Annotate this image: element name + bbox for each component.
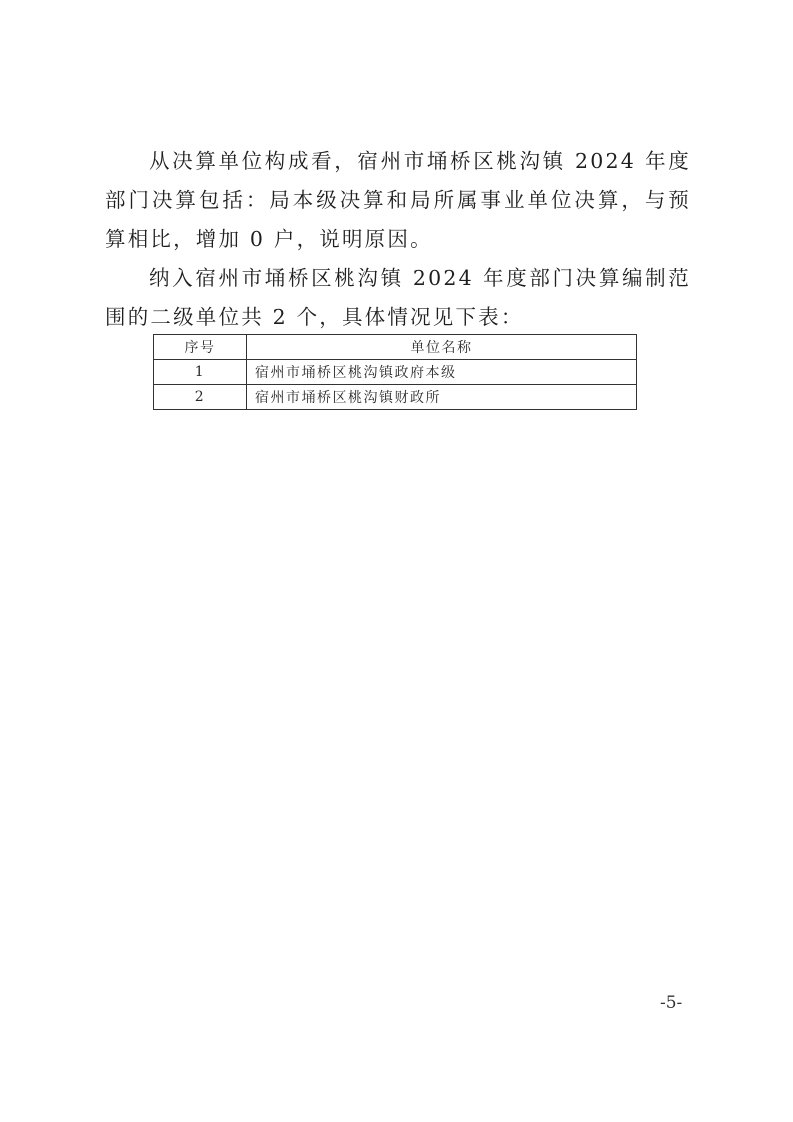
document-page: 从决算单位构成看，宿州市埇桥区桃沟镇 2024 年度部门决算包括：局本级决算和局… — [0, 0, 793, 1122]
paragraph-secondary-units: 纳入宿州市埇桥区桃沟镇 2024 年度部门决算编制范围的二级单位共 2 个，具体… — [105, 259, 691, 337]
row-unit-name: 宿州市埇桥区桃沟镇政府本级 — [247, 360, 637, 385]
header-index: 序号 — [154, 335, 247, 360]
header-unit-name: 单位名称 — [247, 335, 637, 360]
row-unit-name: 宿州市埇桥区桃沟镇财政所 — [247, 385, 637, 410]
row-index: 1 — [154, 360, 247, 385]
paragraph-unit-composition: 从决算单位构成看，宿州市埇桥区桃沟镇 2024 年度部门决算包括：局本级决算和局… — [105, 142, 691, 259]
table-row: 1 宿州市埇桥区桃沟镇政府本级 — [154, 360, 637, 385]
page-number: -5- — [660, 993, 682, 1013]
units-table: 序号 单位名称 1 宿州市埇桥区桃沟镇政府本级 2 宿州市埇桥区桃沟镇财政所 — [153, 334, 637, 410]
table-row: 2 宿州市埇桥区桃沟镇财政所 — [154, 385, 637, 410]
row-index: 2 — [154, 385, 247, 410]
table-header-row: 序号 单位名称 — [154, 335, 637, 360]
